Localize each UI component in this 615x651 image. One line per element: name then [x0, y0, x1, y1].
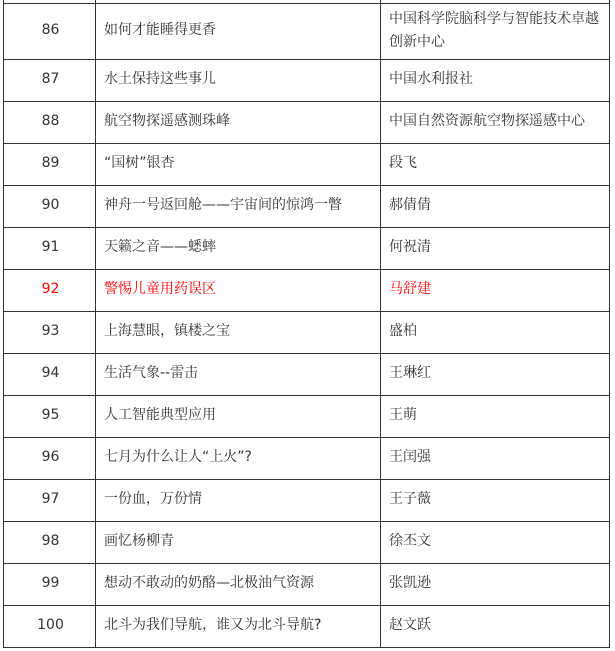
table-row: 94 生活气象--雷击 王琳红 — [4, 353, 610, 395]
rank-cell: 86 — [4, 3, 96, 59]
rank-cell: 97 — [4, 479, 96, 521]
author-cell: 赵文跃 — [381, 605, 610, 647]
table-row: 89 “国树”银杏 段飞 — [4, 143, 610, 185]
title-cell: 上海慧眼，镇楼之宝 — [96, 311, 381, 353]
author-cell: 中国自然资源航空物探遥感中心 — [381, 101, 610, 143]
rank-cell: 100 — [4, 605, 96, 647]
rank-cell: 98 — [4, 521, 96, 563]
author-cell: 盛柏 — [381, 311, 610, 353]
rank-cell: 95 — [4, 395, 96, 437]
title-cell: 一份血，万份情 — [96, 479, 381, 521]
author-cell: 段飞 — [381, 143, 610, 185]
author-cell: 王子薇 — [381, 479, 610, 521]
title-cell: 生活气象--雷击 — [96, 353, 381, 395]
rank-cell: 90 — [4, 185, 96, 227]
table-row: 88 航空物探遥感测珠峰 中国自然资源航空物探遥感中心 — [4, 101, 610, 143]
table-row: 96 七月为什么让人“上火”? 王闰强 — [4, 437, 610, 479]
entries-table-body: 86 如何才能睡得更香 中国科学院脑科学与智能技术卓越创新中心 87 水土保持这… — [4, 0, 610, 647]
title-cell: 七月为什么让人“上火”? — [96, 437, 381, 479]
table-row: 99 想动不敢动的奶酪—北极油气资源 张凯逊 — [4, 563, 610, 605]
author-cell: 王闰强 — [381, 437, 610, 479]
author-cell: 中国科学院脑科学与智能技术卓越创新中心 — [381, 3, 610, 59]
author-cell: 王萌 — [381, 395, 610, 437]
table-row: 86 如何才能睡得更香 中国科学院脑科学与智能技术卓越创新中心 — [4, 3, 610, 59]
author-cell: 中国水利报社 — [381, 59, 610, 101]
rank-cell: 99 — [4, 563, 96, 605]
table-row: 98 画忆杨柳青 徐丕文 — [4, 521, 610, 563]
title-cell: 画忆杨柳青 — [96, 521, 381, 563]
author-cell: 郝倩倩 — [381, 185, 610, 227]
title-cell: 人工智能典型应用 — [96, 395, 381, 437]
author-cell: 马舒建 — [381, 269, 610, 311]
rank-cell: 92 — [4, 269, 96, 311]
title-cell: 神舟一号返回舱——宇宙间的惊鸿一瞥 — [96, 185, 381, 227]
rank-cell: 87 — [4, 59, 96, 101]
title-cell: 天籁之音——蟋蟀 — [96, 227, 381, 269]
author-cell: 徐丕文 — [381, 521, 610, 563]
author-cell: 张凯逊 — [381, 563, 610, 605]
rank-cell: 91 — [4, 227, 96, 269]
table-row: 95 人工智能典型应用 王萌 — [4, 395, 610, 437]
rank-cell: 96 — [4, 437, 96, 479]
table-row: 97 一份血，万份情 王子薇 — [4, 479, 610, 521]
rank-cell: 93 — [4, 311, 96, 353]
entries-table: 86 如何才能睡得更香 中国科学院脑科学与智能技术卓越创新中心 87 水土保持这… — [3, 0, 610, 648]
title-cell: 如何才能睡得更香 — [96, 3, 381, 59]
title-cell: 想动不敢动的奶酪—北极油气资源 — [96, 563, 381, 605]
table-row: 90 神舟一号返回舱——宇宙间的惊鸿一瞥 郝倩倩 — [4, 185, 610, 227]
author-cell: 王琳红 — [381, 353, 610, 395]
rank-cell: 88 — [4, 101, 96, 143]
table-row: 87 水土保持这些事儿 中国水利报社 — [4, 59, 610, 101]
author-cell: 何祝清 — [381, 227, 610, 269]
title-cell: “国树”银杏 — [96, 143, 381, 185]
table-row: 91 天籁之音——蟋蟀 何祝清 — [4, 227, 610, 269]
table-row: 92 警惕儿童用药误区 马舒建 — [4, 269, 610, 311]
table-row: 100 北斗为我们导航，谁又为北斗导航? 赵文跃 — [4, 605, 610, 647]
title-cell: 警惕儿童用药误区 — [96, 269, 381, 311]
title-cell: 水土保持这些事儿 — [96, 59, 381, 101]
table-row: 93 上海慧眼，镇楼之宝 盛柏 — [4, 311, 610, 353]
title-cell: 航空物探遥感测珠峰 — [96, 101, 381, 143]
page: 86 如何才能睡得更香 中国科学院脑科学与智能技术卓越创新中心 87 水土保持这… — [0, 0, 615, 651]
rank-cell: 94 — [4, 353, 96, 395]
title-cell: 北斗为我们导航，谁又为北斗导航? — [96, 605, 381, 647]
rank-cell: 89 — [4, 143, 96, 185]
